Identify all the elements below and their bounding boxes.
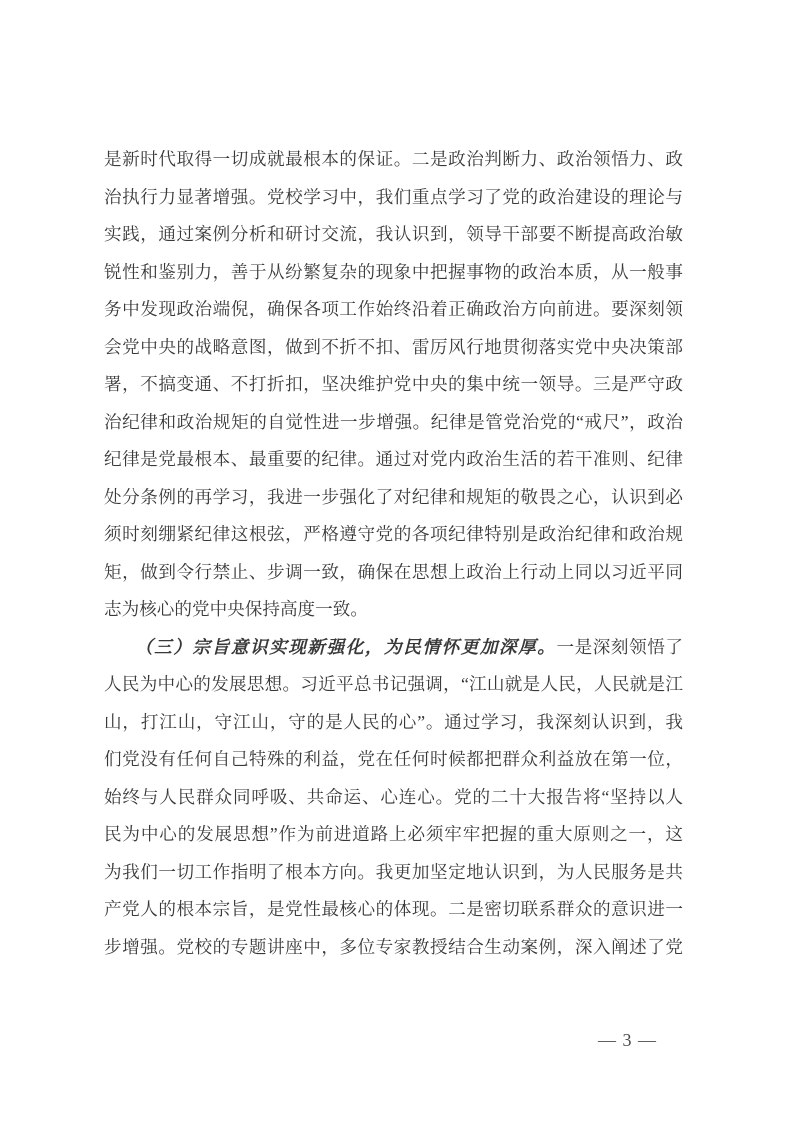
text-line: 治执行力显著增强。党校学习中，我们重点学习了党的政治建设的理论与 [104,179,683,217]
body-text-run: 们党没有任何自己特殊的利益，党在任何时候都把群众利益放在第一位， [104,749,683,769]
text-line: 锐性和鉴别力，善于从纷繁复杂的现象中把握事物的政治本质，从一般事 [104,254,683,292]
body-text-run: 务中发现政治端倪，确保各项工作始终沿着正确政治方向前进。要深刻领 [104,299,683,319]
document-body: 是新时代取得一切成就最根本的保证。二是政治判断力、政治领悟力、政治执行力显著增强… [104,141,683,966]
body-text-run: 为我们一切工作指明了根本方向。我更加坚定地认识到，为人民服务是共 [104,862,683,882]
text-line: 志为核心的党中央保持高度一致。 [104,591,683,629]
text-line: 务中发现政治端倪，确保各项工作始终沿着正确政治方向前进。要深刻领 [104,291,683,329]
text-line: 矩，做到令行禁止、步调一致，确保在思想上政治上行动上同以习近平同 [104,554,683,592]
body-text-run: 会党中央的战略意图，做到不折不扣、雷厉风行地贯彻落实党中央决策部 [104,337,683,357]
body-text-run: 人民为中心的发展思想。习近平总书记强调，“江山就是人民，人民就是江 [104,674,683,694]
body-text-run: 须时刻绷紧纪律这根弦，严格遵守党的各项纪律特别是政治纪律和政治规 [104,524,683,544]
text-line: 产党人的根本宗旨，是党性最核心的体现。二是密切联系群众的意识进一 [104,891,683,929]
body-text-run: 锐性和鉴别力，善于从纷繁复杂的现象中把握事物的政治本质，从一般事 [104,262,683,282]
body-text-run: 民为中心的发展思想”作为前进道路上必须牢牢把握的重大原则之一，这 [104,824,683,844]
body-text-run: 治执行力显著增强。党校学习中，我们重点学习了党的政治建设的理论与 [104,187,683,207]
text-line: 始终与人民群众同呼吸、共命运、心连心。党的二十大报告将“坚持以人 [104,779,683,817]
text-line: 治纪律和政治规矩的自觉性进一步增强。纪律是管党治党的“戒尺”，政治 [104,404,683,442]
section-heading-run: （三）宗旨意识实现新强化，为民情怀更加深厚。 [135,637,556,657]
text-line: 会党中央的战略意图，做到不折不扣、雷厉风行地贯彻落实党中央决策部 [104,329,683,367]
text-line: 为我们一切工作指明了根本方向。我更加坚定地认识到，为人民服务是共 [104,854,683,892]
text-line: 须时刻绷紧纪律这根弦，严格遵守党的各项纪律特别是政治纪律和政治规 [104,516,683,554]
body-text-run: 矩，做到令行禁止、步调一致，确保在思想上政治上行动上同以习近平同 [104,562,683,582]
document-page: 是新时代取得一切成就最根本的保证。二是政治判断力、政治领悟力、政治执行力显著增强… [0,0,793,1122]
body-text-run: 处分条例的再学习，我进一步强化了对纪律和规矩的敬畏之心，认识到必 [104,487,683,507]
text-line: 们党没有任何自己特殊的利益，党在任何时候都把群众利益放在第一位， [104,741,683,779]
body-text-run: 产党人的根本宗旨，是党性最核心的体现。二是密切联系群众的意识进一 [104,899,683,919]
text-line: 实践，通过案例分析和研讨交流，我认识到，领导干部要不断提高政治敏 [104,216,683,254]
body-text-run: 步增强。党校的专题讲座中，多位专家教授结合生动案例，深入阐述了党 [104,937,683,957]
text-line: 署，不搞变通、不打折扣，坚决维护党中央的集中统一领导。三是严守政 [104,366,683,404]
text-line: 人民为中心的发展思想。习近平总书记强调，“江山就是人民，人民就是江 [104,666,683,704]
text-line: 步增强。党校的专题讲座中，多位专家教授结合生动案例，深入阐述了党 [104,929,683,967]
text-line: 是新时代取得一切成就最根本的保证。二是政治判断力、政治领悟力、政 [104,141,683,179]
body-text-run: 始终与人民群众同呼吸、共命运、心连心。党的二十大报告将“坚持以人 [104,787,683,807]
body-text-run: 是新时代取得一切成就最根本的保证。二是政治判断力、政治领悟力、政 [104,149,683,169]
body-text-run: 署，不搞变通、不打折扣，坚决维护党中央的集中统一领导。三是严守政 [104,374,683,394]
body-text-run: 山，打江山，守江山，守的是人民的心”。通过学习，我深刻认识到，我 [104,712,683,732]
body-text-run: 志为核心的党中央保持高度一致。 [104,599,368,619]
text-line: 纪律是党最根本、最重要的纪律。通过对党内政治生活的若干准则、纪律 [104,441,683,479]
body-text-run: 实践，通过案例分析和研讨交流，我认识到，领导干部要不断提高政治敏 [104,224,683,244]
text-line: 处分条例的再学习，我进一步强化了对纪律和规矩的敬畏之心，认识到必 [104,479,683,517]
text-line: 山，打江山，守江山，守的是人民的心”。通过学习，我深刻认识到，我 [104,704,683,742]
text-line: 民为中心的发展思想”作为前进道路上必须牢牢把握的重大原则之一，这 [104,816,683,854]
body-text-run: 纪律是党最根本、最重要的纪律。通过对党内政治生活的若干准则、纪律 [104,449,683,469]
page-number: — 3 — [598,1028,688,1052]
text-line: （三）宗旨意识实现新强化，为民情怀更加深厚。一是深刻领悟了以 [104,629,683,667]
body-text-run: 治纪律和政治规矩的自觉性进一步增强。纪律是管党治党的“戒尺”，政治 [104,412,683,432]
